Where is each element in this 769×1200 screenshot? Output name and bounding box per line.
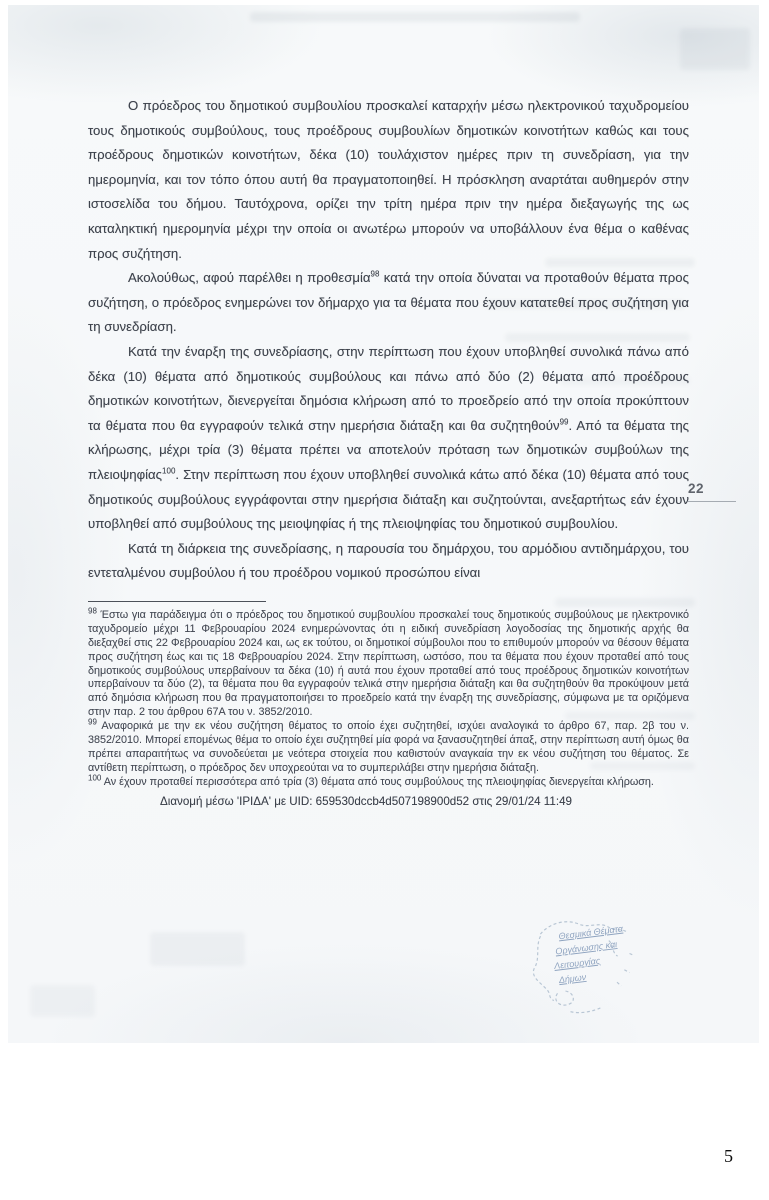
body-paragraph-2: Ακολούθως, αφού παρέλθει η προθεσμία98 κ… bbox=[88, 266, 689, 340]
page-number: 5 bbox=[724, 1146, 733, 1167]
distribution-line: Διανομή μέσω 'ΙΡΙΔΑ' με UID: 659530dccb4… bbox=[160, 795, 689, 808]
body-paragraph-3: Κατά την έναρξη της συνεδρίασης, στην πε… bbox=[88, 340, 689, 537]
footnote-98: 98 Έστω για παράδειγμα ότι ο πρόεδρος το… bbox=[88, 609, 689, 720]
body-paragraph-1: Ο πρόεδρος του δημοτικού συμβουλίου προσ… bbox=[88, 94, 689, 266]
footnote-ref-100: 100 bbox=[162, 467, 175, 476]
greece-map-stamp: Θεσμικά Θέματα Οργάνωσης και Λειτουργίας… bbox=[509, 908, 654, 1019]
document-body: Ο πρόεδρος του δημοτικού συμβουλίου προσ… bbox=[88, 94, 689, 808]
body-paragraph-4: Κατά τη διάρκεια της συνεδρίασης, η παρο… bbox=[88, 537, 689, 586]
footnote-text: Αναφορικά με την εκ νέου συζήτηση θέματο… bbox=[88, 720, 689, 774]
footnote-text: Αν έχουν προταθεί περισσότερα από τρία (… bbox=[104, 776, 654, 788]
paragraph-text: Ακολούθως, αφού παρέλθει η προθεσμία bbox=[128, 270, 371, 285]
footnote-marker: 100 bbox=[88, 773, 101, 782]
footnote-100: 100 Αν έχουν προταθεί περισσότερα από τρ… bbox=[88, 776, 689, 790]
paragraph-text: . Στην περίπτωση που έχουν υποβληθεί συν… bbox=[88, 467, 689, 531]
footnote-marker: 98 bbox=[88, 606, 97, 615]
margin-note-22: 22 bbox=[688, 481, 736, 502]
footnote-99: 99 Αναφορικά με την εκ νέου συζήτηση θέμ… bbox=[88, 720, 689, 776]
footnote-text: Έστω για παράδειγμα ότι ο πρόεδρος του δ… bbox=[88, 609, 689, 718]
footnote-separator bbox=[88, 601, 266, 602]
paragraph-text: Ο πρόεδρος του δημοτικού συμβουλίου προσ… bbox=[88, 98, 689, 261]
footnote-marker: 99 bbox=[88, 718, 97, 727]
paragraph-text: Κατά τη διάρκεια της συνεδρίασης, η παρο… bbox=[88, 541, 689, 581]
document-page: Ο πρόεδρος του δημοτικού συμβουλίου προσ… bbox=[0, 0, 769, 1200]
